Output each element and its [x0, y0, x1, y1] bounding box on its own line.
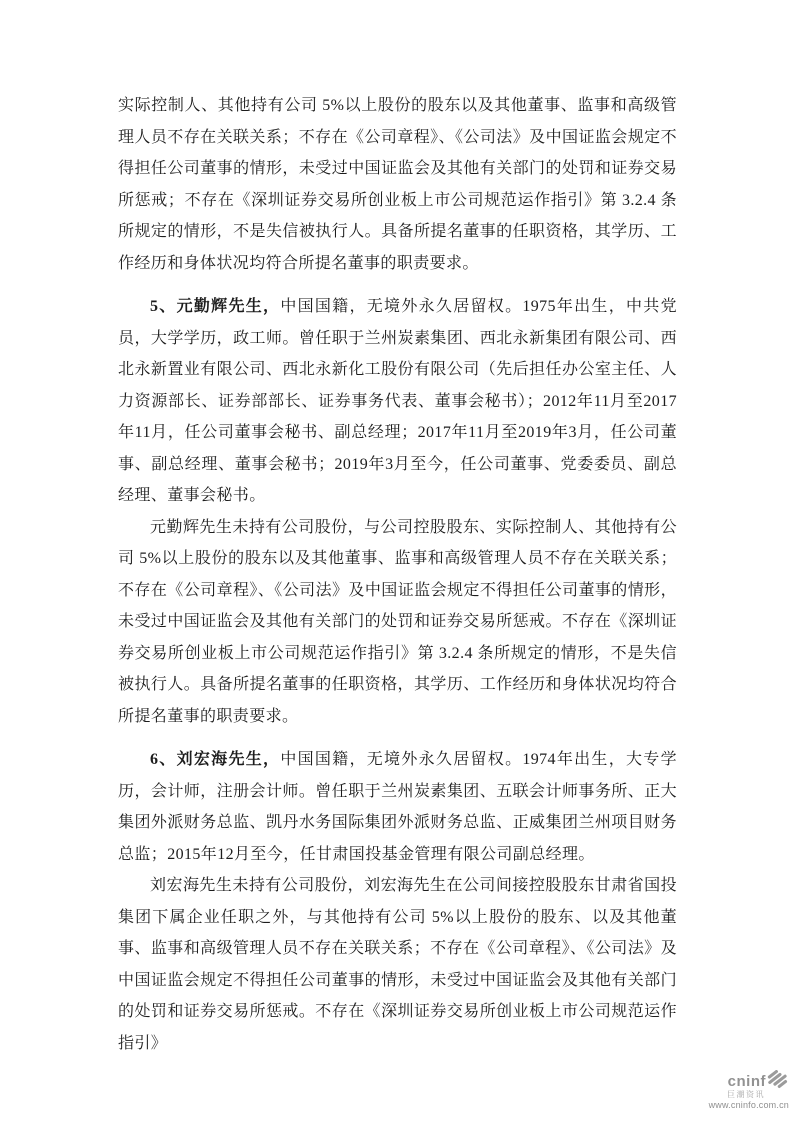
cninfo-url-text: www.cninfo.com.cn [697, 1101, 789, 1110]
paragraph-text: 实际控制人、其他持有公司 5%以上股份的股东以及其他董事、监事和高级管理人员不存… [118, 97, 677, 272]
paragraph-continuation: 实际控制人、其他持有公司 5%以上股份的股东以及其他董事、监事和高级管理人员不存… [118, 90, 677, 279]
director-6-name-lead: 6、刘宏海先生， [150, 751, 280, 768]
paragraph-director-6-statement: 刘宏海先生未持有公司股份，刘宏海先生在公司间接控股股东甘肃省国投集团下属企业任职… [118, 870, 677, 1059]
cninfo-brand-text: cninf [728, 1074, 766, 1089]
document-page-body: 实际控制人、其他持有公司 5%以上股份的股东以及其他董事、监事和高级管理人员不存… [118, 90, 677, 1059]
paragraph-text: 刘宏海先生未持有公司股份，刘宏海先生在公司间接控股股东甘肃省国投集团下属企业任职… [118, 877, 677, 1052]
paragraph-text: 中国国籍，无境外永久居留权。1975年出生，中共党员，大学学历，政工师。曾任职于… [118, 298, 677, 504]
director-5-name-lead: 5、元勤辉先生， [150, 298, 280, 315]
cninfo-globe-icon [767, 1070, 789, 1090]
paragraph-text: 元勤辉先生未持有公司股份，与公司控股股东、实际控制人、其他持有公司 5%以上股份… [118, 519, 677, 725]
paragraph-director-6-bio: 6、刘宏海先生，中国国籍，无境外永久居留权。1974年出生，大专学历，会计师，注… [118, 744, 677, 870]
paragraph-director-5-statement: 元勤辉先生未持有公司股份，与公司控股股东、实际控制人、其他持有公司 5%以上股份… [118, 512, 677, 733]
paragraph-director-5-bio: 5、元勤辉先生，中国国籍，无境外永久居留权。1975年出生，中共党员，大学学历，… [118, 291, 677, 512]
cninfo-caption-text: 巨潮资讯 [697, 1091, 789, 1099]
cninfo-watermark: cninf 巨潮资讯 www.cninfo.com.cn [697, 1072, 789, 1110]
cninfo-brand-row: cninf [697, 1072, 789, 1090]
